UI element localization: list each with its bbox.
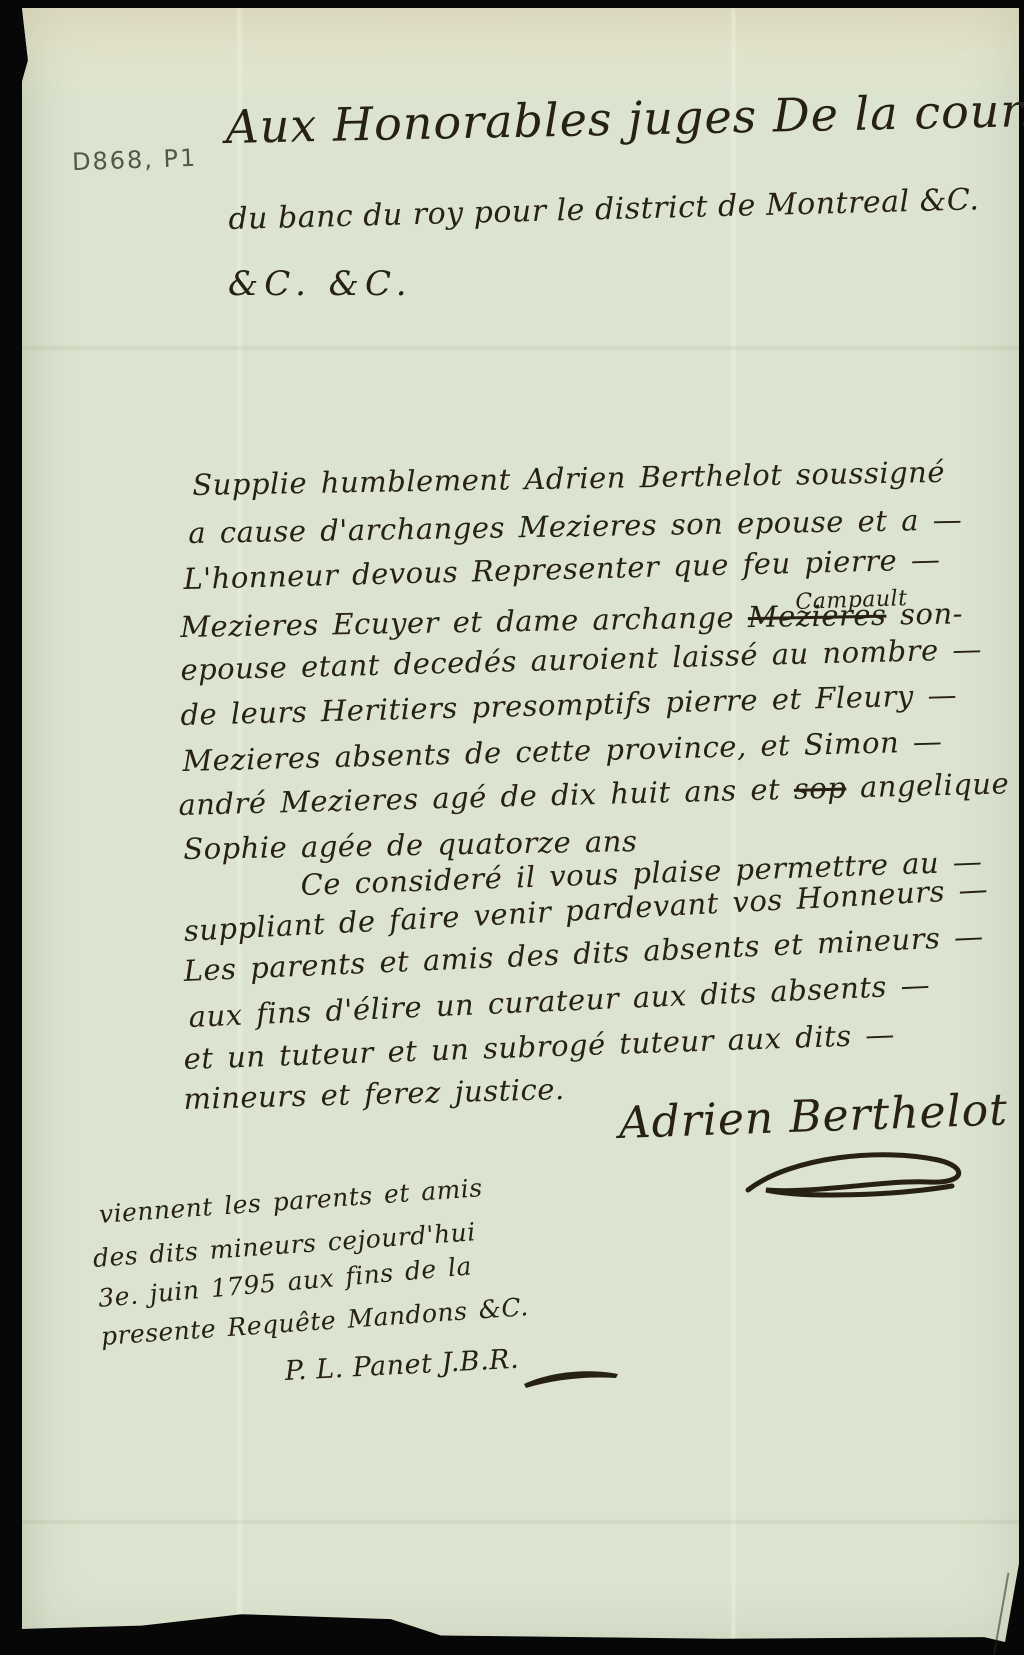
vertical-fold-crease [730, 8, 737, 1642]
header-etcetera-line: &C. &C. [228, 264, 413, 304]
struck-out-word: Mezieres [748, 598, 887, 634]
petition-line-text: angelique [846, 766, 1010, 804]
struck-out-word: sop [793, 771, 846, 806]
horizontal-fold-crease [22, 346, 1019, 350]
judge-signature-flourish [522, 1368, 622, 1392]
vertical-fold-crease [236, 8, 243, 1642]
horizontal-fold-crease [22, 1520, 1019, 1524]
scanned-document-photo: D868, P1 Aux Honorables juges De la cour… [0, 0, 1024, 1655]
signature-flourish [742, 1146, 982, 1206]
petition-line-text: son- [886, 596, 963, 631]
manuscript-page [22, 8, 1019, 1642]
archival-label: D868, P1 [72, 144, 198, 176]
